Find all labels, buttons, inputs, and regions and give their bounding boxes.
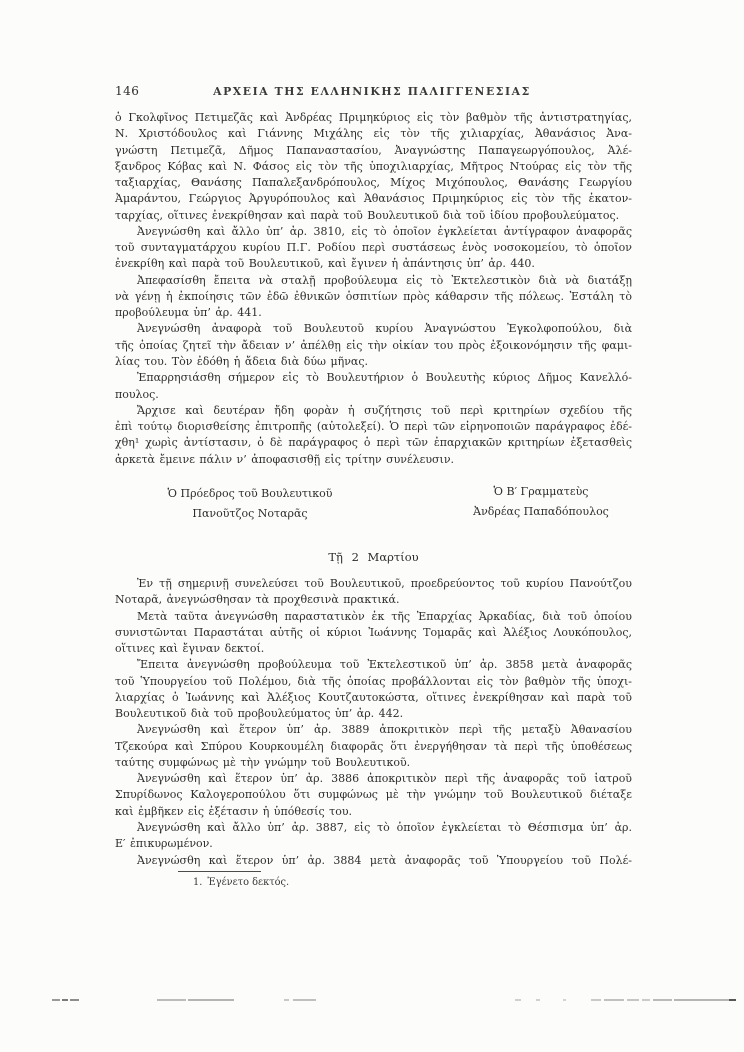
text-line: Ν. Χριστόδουλος καὶ Γιάννης Μιχάλης εἰς …: [115, 126, 632, 142]
text-line: Ἀνεγνώσθη καὶ ἄλλο ὑπ’ ἀρ. 3887, εἰς τὸ …: [115, 820, 632, 836]
text-line: Ἀμαράντου, Γεώργιος Ἀργυρόπουλος καὶ Ἀθα…: [115, 191, 632, 207]
text-line: Ἀπεφασίσθη ἔπειτα νὰ σταλῇ προβούλευμα ε…: [115, 273, 632, 289]
text-line: Ἔπειτα ἀνεγνώσθη προβούλευμα τοῦ Ἐκτελεσ…: [115, 657, 632, 673]
signature-president-name: Πανοῦτζος Νοταρᾶς: [128, 504, 372, 524]
text-line: Ἀνεγνώσθη καὶ ἕτερον ὑπ’ ἀρ. 3889 ἀποκρι…: [115, 722, 632, 738]
footnote-text: Ἐγένετο δεκτός.: [207, 877, 289, 888]
scan-artifact-dash: [674, 999, 729, 1001]
text-line: ταύτης συμφώνως μὲ τὴν γνώμην τοῦ Βουλευ…: [115, 755, 632, 771]
footnote-marker: 1.: [193, 877, 202, 888]
session-1-minutes: ὁ Γκολφῖνος Πετιμεζᾶς καὶ Ἀνδρέας Πριμηκ…: [115, 110, 632, 468]
text-line: ἐνεκρίθη καὶ παρὰ τοῦ Βουλευτικοῦ, καὶ ἔ…: [115, 256, 632, 272]
scan-artifact-dash: [188, 999, 234, 1001]
text-line: Βουλευτικοῦ διὰ τοῦ προβουλεύματος ὑπ’ ἀ…: [115, 706, 632, 722]
text-line: Νοταρᾶ, ἀνεγνώσθησαν τὰ προχθεσινὰ πρακτ…: [115, 592, 632, 608]
scanned-document-page: 146 ΑΡΧΕΙΑ ΤΗΣ ΕΛΛΗΝΙΚΗΣ ΠΑΛΙΓΓΕΝΕΣΙΑΣ ὁ…: [0, 0, 744, 1052]
scan-artifact-dash: [52, 999, 60, 1001]
scan-artifact-dash: [62, 999, 68, 1001]
scan-artifact-dash: [563, 999, 566, 1001]
scan-artifact-dash: [157, 999, 186, 1001]
text-line: Τζεκούρα καὶ Σπύρου Κουρκουμέλη διαφορᾶς…: [115, 739, 632, 755]
scan-artifact-dash: [627, 999, 639, 1001]
text-line: ταξιαρχίας, Θανάσης Παπαλεξανδρόπουλος, …: [115, 175, 632, 191]
scan-artifact-dash: [642, 999, 650, 1001]
running-title: ΑΡΧΕΙΑ ΤΗΣ ΕΛΛΗΝΙΚΗΣ ΠΑΛΙΓΓΕΝΕΣΙΑΣ: [0, 85, 744, 98]
text-line: συνιστῶνται Παραστάται αὐτῆς οἱ κύριοι Ἰ…: [115, 625, 632, 641]
text-line: λίας του. Τὸν ἐδόθη ἡ ἄδεια διὰ δύω μῆνα…: [115, 354, 632, 370]
text-line: Ἐν τῇ σημερινῇ συνελεύσει τοῦ Βουλευτικο…: [115, 576, 632, 592]
scan-artifact-dash: [591, 999, 601, 1001]
scan-artifact-dash: [604, 999, 624, 1001]
signature-secretary-name: Ἀνδρέας Παπαδόπουλος: [430, 502, 652, 522]
page-header: 146 ΑΡΧΕΙΑ ΤΗΣ ΕΛΛΗΝΙΚΗΣ ΠΑΛΙΓΓΕΝΕΣΙΑΣ: [0, 84, 744, 102]
text-line: Ἀνεγνώσθη ἀναφορὰ τοῦ Βουλευτοῦ κυρίου Ἀ…: [115, 321, 632, 337]
footnote-separator-rule: [178, 871, 261, 872]
text-line: Ε′ ἐπικυρωμένον.: [115, 836, 632, 852]
text-line: πουλος.: [115, 387, 632, 403]
text-line: τοῦ συνταγματάρχου κυρίου Π.Γ. Ροδίου πε…: [115, 240, 632, 256]
scan-artifact-dash: [536, 999, 540, 1001]
scan-artifact-dash: [729, 999, 736, 1001]
text-line: Σπυρίδωνος Καλογεροπούλου ὅτι συμφώνως μ…: [115, 787, 632, 803]
scan-artifact-dash: [284, 999, 289, 1001]
text-line: Μετὰ ταῦτα ἀνεγνώσθη παραστατικὸν ἐκ τῆς…: [115, 609, 632, 625]
text-line: Ἀνεγνώσθη καὶ ἕτερον ὑπ’ ἀρ. 3886 ἀποκρι…: [115, 771, 632, 787]
text-line: Ἀνεγνώσθη καὶ ἕτερον ὑπ’ ἀρ. 3884 μετὰ ἀ…: [115, 853, 632, 869]
text-line: ταρχίας, οἵτινες ἐνεκρίθησαν καὶ παρὰ το…: [115, 208, 632, 224]
scan-artifact-dash: [293, 999, 316, 1001]
signature-secretary-title: Ὁ Β′ Γραμματεὺς: [430, 482, 652, 502]
signature-block-secretary: Ὁ Β′ Γραμματεὺς Ἀνδρέας Παπαδόπουλος: [430, 482, 652, 522]
signature-president-title: Ὁ Πρόεδρος τοῦ Βουλευτικοῦ: [128, 484, 372, 504]
text-line: Ἄρχισε καὶ δευτέραν ἤδη φορὰν ἡ συζήτησι…: [115, 403, 632, 419]
scan-artifact-dash: [70, 999, 79, 1001]
text-line: τῆς ὁποίας ζητεῖ τὴν ἄδειαν ν’ ἀπέλθῃ εἰ…: [115, 338, 632, 354]
session-2-minutes: Ἐν τῇ σημερινῇ συνελεύσει τοῦ Βουλευτικο…: [115, 576, 632, 869]
text-line: ἀρκετὰ ἔμεινε πάλιν ν’ ἀποφασισθῇ εἰς τρ…: [115, 452, 632, 468]
text-line: τοῦ Ὑπουργείου τοῦ Πολέμου, διὰ τῆς ὁποί…: [115, 674, 632, 690]
text-line: καὶ ἐμβῆκεν εἰς ἐξέτασιν ἡ ὑπόθεσίς του.: [115, 804, 632, 820]
text-line: λιαρχίας ὁ Ἰωάννης καὶ Ἀλέξιος Κουτζαυτο…: [115, 690, 632, 706]
text-line: Ἐπαρρησιάσθη σήμερον εἰς τὸ Βουλευτήριον…: [115, 370, 632, 386]
text-line: γνώστη Πετιμεζᾶ, Δῆμος Παπαναστασίου, Ἀν…: [115, 143, 632, 159]
text-line: οἵτινες καὶ ἔγιναν δεκτοί.: [115, 641, 632, 657]
signature-block-president: Ὁ Πρόεδρος τοῦ Βουλευτικοῦ Πανοῦτζος Νοτ…: [128, 484, 372, 524]
text-line: ὁ Γκολφῖνος Πετιμεζᾶς καὶ Ἀνδρέας Πριμηκ…: [115, 110, 632, 126]
session-2-date-heading: Τῇ 2 Μαρτίου: [115, 550, 632, 564]
text-line: ἐπὶ τούτῳ διορισθείσης ἐπιτροπῆς (αὐτολε…: [115, 419, 632, 435]
text-line: νὰ γένῃ ἡ ἐκποίησις τῶν ἐδῶ ἐθνικῶν ὁσπι…: [115, 289, 632, 305]
scan-artifact-dash: [515, 999, 521, 1001]
footnote: 1.Ἐγένετο δεκτός.: [193, 877, 289, 888]
text-line: προβούλευμα ὑπ’ ἀρ. 441.: [115, 305, 632, 321]
text-line: ξανδρος Κόβας καὶ Ν. Φάσος εἰς τὸν τῆς ὑ…: [115, 159, 632, 175]
text-line: χθη¹ χωρὶς ἀντίστασιν, ὁ δὲ παράγραφος ὁ…: [115, 435, 632, 451]
scan-artifact-dash: [653, 999, 672, 1001]
text-line: Ἀνεγνώσθη καὶ ἄλλο ὑπ’ ἀρ. 3810, εἰς τὸ …: [115, 224, 632, 240]
